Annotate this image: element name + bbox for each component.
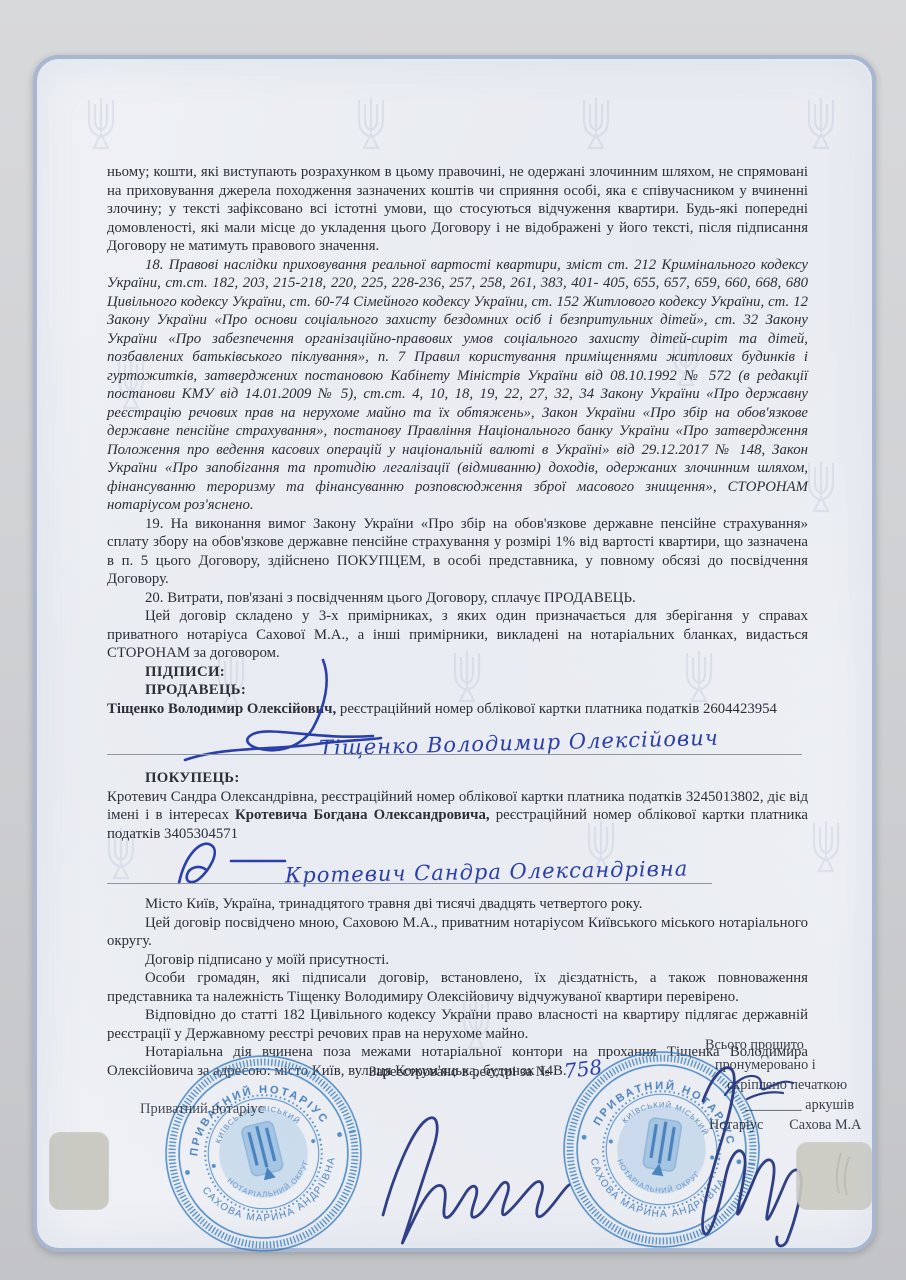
seller-signature-line — [107, 754, 802, 755]
paragraph-20: 20. Витрати, пов'язані з посвідченням ць… — [107, 589, 808, 608]
buyer-heading: ПОКУПЕЦЬ: — [107, 769, 808, 788]
buyer-signature-area: Кротевич Сандра Олександрівна — [107, 843, 808, 893]
registry-label: Зареєстровано в реєстрі за № — [369, 1064, 550, 1080]
paragraph-19: 19. На виконання вимог Закону України «П… — [107, 515, 808, 589]
trident-emblem-icon — [210, 1100, 317, 1207]
certification-line-2: Договір підписано у моїй присутності. — [107, 951, 808, 970]
stitch-line: Всього прошито — [705, 1035, 905, 1055]
stitch-notary-name: Сахова М.А — [789, 1115, 861, 1135]
deed-text-body: ньому; кошти, які виступають розрахунком… — [37, 59, 872, 1080]
city-date-line: Місто Київ, Україна, тринадцятого травня… — [107, 895, 808, 914]
notarial-deed-page: ньому; кошти, які виступають розрахунком… — [33, 55, 876, 1252]
seller-heading: ПРОДАВЕЦЬ: — [107, 681, 808, 700]
binding-tab-right — [797, 1143, 871, 1209]
binding-tab-left — [50, 1133, 108, 1209]
notary-round-stamp: ПРИВАТНИЙ НОТАРІУС САХОВА МАРИНА АНДРІЇВ… — [139, 1029, 388, 1278]
paragraph-copies: Цей договір складено у 3-х примірниках, … — [107, 607, 808, 663]
seller-identity-line: Тіщенко Володимир Олексійович, реєстраці… — [107, 700, 808, 719]
seller-signature-area: Тіщенко Володимир Олексійович — [107, 718, 808, 764]
certification-line-3: Особи громадян, які підписали договір, в… — [107, 969, 808, 1006]
certification-line-1: Цей договір посвідчено мною, Саховою М.А… — [107, 914, 808, 951]
buyer-name: Кротевича Богдана Олександровича, — [235, 807, 490, 823]
notary-execution-block: Зареєстровано в реєстрі за №758 Приватни… — [107, 1037, 827, 1259]
buyer-identity-line: Кротевич Сандра Олександрівна, реєстраці… — [107, 788, 808, 844]
tab-faint-scribble — [797, 1143, 871, 1209]
buyer-signature-line — [107, 883, 712, 884]
seller-name: Тіщенко Володимир Олексійович, — [107, 701, 336, 717]
paragraph-18: 18. Правові наслідки приховування реальн… — [107, 256, 808, 515]
scanned-photo: { "colors": { "stamp_blue": "#3c7fc0", "… — [0, 0, 906, 1280]
buyer-signature-handwritten: Кротевич Сандра Олександрівна — [285, 859, 689, 885]
seller-signature-handwritten: Тіщенко Володимир Олексійович — [319, 728, 719, 757]
notary-round-stamp: ПРИВАТНИЙ НОТАРІУС САХОВА МАРИНА АНДРІЇВ… — [544, 1032, 779, 1267]
registry-line: Зареєстровано в реєстрі за №758 — [369, 1057, 602, 1081]
seller-taxpayer-details: реєстраційний номер облікової картки пла… — [336, 701, 777, 717]
signatures-heading: ПІДПИСИ: — [107, 663, 808, 682]
notary-signature-left — [383, 1118, 569, 1243]
paragraph-intro: ньому; кошти, які виступають розрахунком… — [107, 163, 808, 256]
